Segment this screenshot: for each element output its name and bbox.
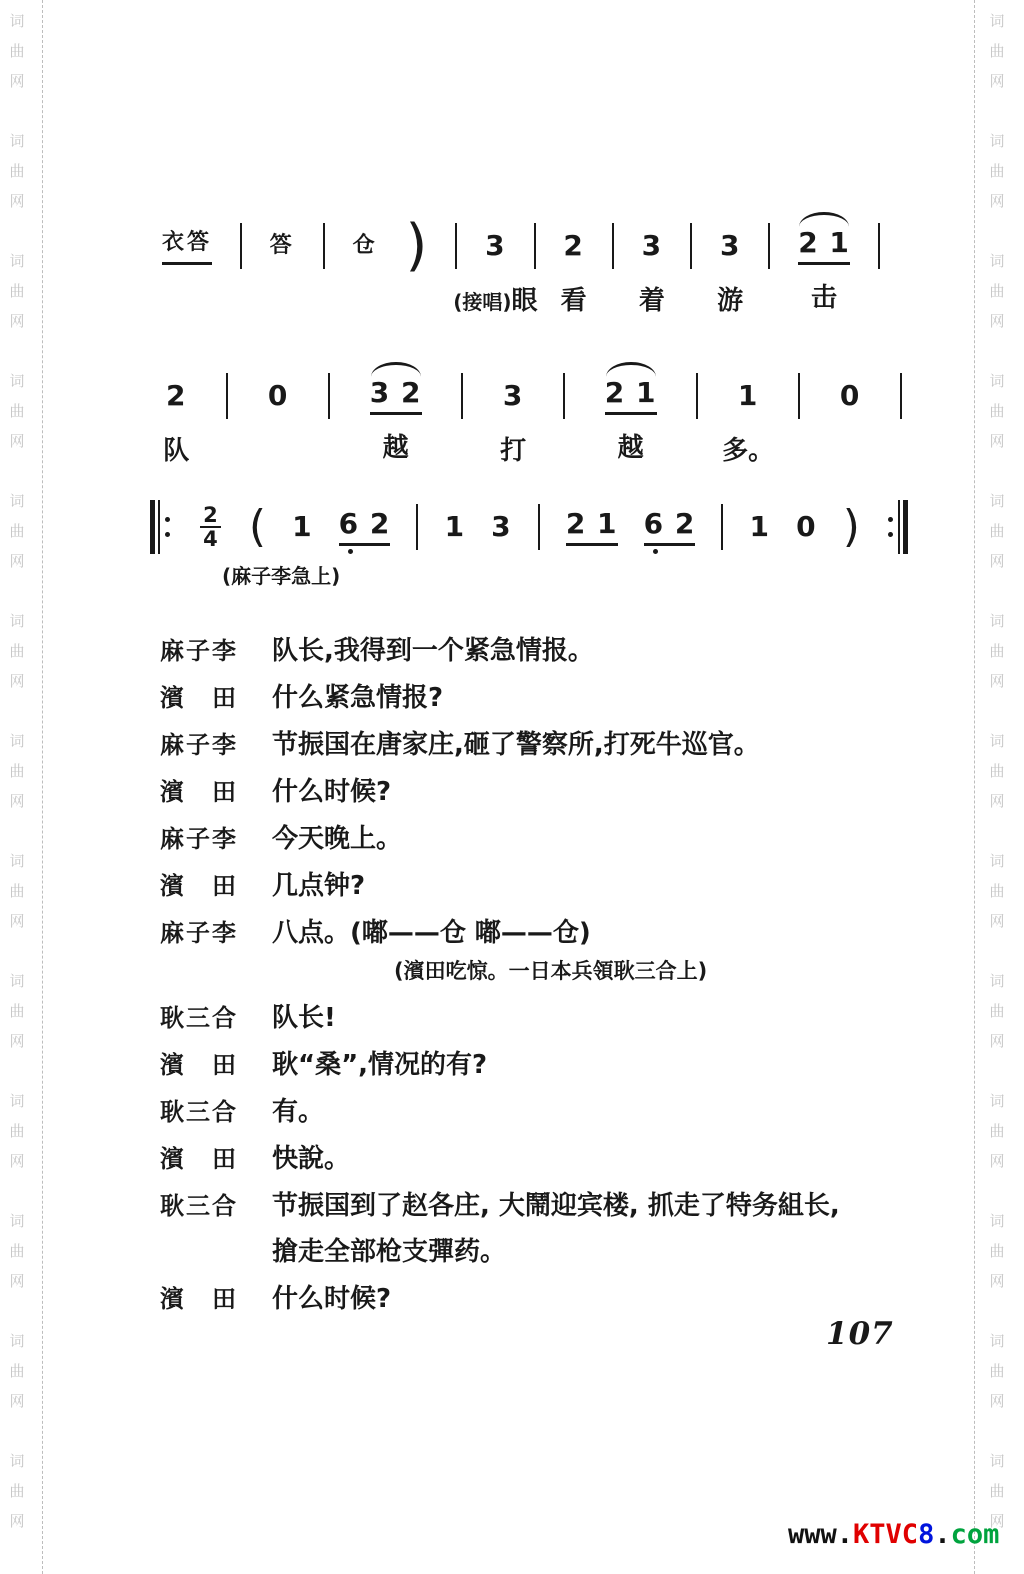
- jianpu-note: 1: [445, 511, 465, 543]
- dialogue-line: 几点钟?: [272, 871, 365, 902]
- dialogue-text: 节振国到了赵各庄, 大鬧迎宾楼, 抓走了特务組长,搶走全部枪支彈药。: [272, 1191, 840, 1268]
- dialogue-row: 耿三合有。: [160, 1097, 920, 1128]
- edge-watermark-char: 曲: [989, 1356, 1004, 1386]
- edge-watermark-group: 词曲网: [9, 726, 24, 816]
- edge-watermark-char: 网: [9, 906, 24, 936]
- edge-watermark-char: 曲: [989, 876, 1004, 906]
- edge-watermark-char: 网: [9, 1266, 24, 1296]
- dialogue-row: 濱 田几点钟?: [160, 871, 920, 902]
- edge-watermark-char: 词: [989, 366, 1004, 396]
- dialogue-text: 什么紧急情报?: [272, 683, 443, 714]
- lyric-cue-prefix: (接唱): [453, 290, 511, 314]
- edge-watermark-char: 词: [9, 606, 24, 636]
- barline: [798, 373, 800, 419]
- dialogue-text: 队长,我得到一个紧急情报。: [272, 636, 594, 667]
- edge-watermark-char: 曲: [989, 156, 1004, 186]
- edge-watermark-char: 曲: [9, 396, 24, 426]
- lyric-syllable: 越: [383, 432, 409, 464]
- jianpu-note: 2 1击: [798, 227, 850, 265]
- edge-watermark-group: 词曲网: [9, 846, 24, 936]
- paren: ): [843, 507, 860, 547]
- edge-watermark-group: 词曲网: [9, 246, 24, 336]
- speaker-name: 麻子李: [160, 730, 256, 761]
- dialogue-row: 耿三合节振国到了赵各庄, 大鬧迎宾楼, 抓走了特务組长,搶走全部枪支彈药。: [160, 1191, 920, 1268]
- dialogue-section: 麻子李队长,我得到一个紧急情报。濱 田什么紧急情报?麻子李节振国在唐家庄,砸了警…: [160, 636, 920, 1315]
- barline: [328, 373, 330, 419]
- edge-watermark-group: 词曲网: [9, 966, 24, 1056]
- dialogue-text: 今天晚上。: [272, 824, 402, 855]
- dialogue-row: 濱 田什么时候?: [160, 777, 920, 808]
- site-watermark-8: 8: [918, 1519, 934, 1550]
- repeat-close-sign: [886, 500, 908, 554]
- speaker-name: 麻子李: [160, 636, 256, 667]
- edge-watermark-char: 词: [989, 846, 1004, 876]
- dialogue-line: 搶走全部枪支彈药。: [272, 1237, 840, 1268]
- edge-watermark-char: 词: [9, 726, 24, 756]
- dialogue-line: 八点。(嘟——仓 嘟——仓): [272, 918, 707, 949]
- edge-watermark-char: 网: [989, 66, 1004, 96]
- site-watermark: www.KTVC8.com: [788, 1519, 988, 1550]
- edge-watermark-char: 网: [989, 426, 1004, 456]
- edge-watermark-char: 曲: [989, 1236, 1004, 1266]
- edge-watermark-char: 网: [989, 546, 1004, 576]
- edge-watermark-group: 词曲网: [989, 726, 1004, 816]
- jianpu-note: 2 1: [566, 508, 618, 546]
- edge-watermark-char: 词: [9, 1446, 24, 1476]
- percussion-syllable: 答: [270, 230, 295, 262]
- edge-watermark-group: 词曲网: [9, 126, 24, 216]
- speaker-name: 濱 田: [160, 777, 256, 808]
- left-dashed-divider: [42, 0, 43, 1574]
- barline: [534, 223, 536, 269]
- jianpu-note: 1: [292, 511, 312, 543]
- dialogue-row: 麻子李今天晚上。: [160, 824, 920, 855]
- large-paren: ): [406, 226, 428, 266]
- edge-watermark-group: 词曲网: [989, 1326, 1004, 1416]
- edge-watermark-char: 曲: [9, 276, 24, 306]
- jianpu-note: 1多。: [738, 380, 758, 412]
- speaker-name: 麻子李: [160, 918, 256, 949]
- jianpu-note: 0: [840, 380, 860, 412]
- edge-watermark-char: 词: [989, 1206, 1004, 1236]
- barline: [563, 373, 565, 419]
- repeat-dot: [165, 517, 170, 522]
- edge-watermark-char: 曲: [989, 1476, 1004, 1506]
- dialogue-row: 麻子李八点。(嘟——仓 嘟——仓)(濱田吃惊。一日本兵領耿三合上): [160, 918, 920, 987]
- edge-watermark-char: 网: [9, 1146, 24, 1176]
- barline: [240, 223, 242, 269]
- edge-watermark-char: 词: [989, 1446, 1004, 1476]
- speaker-name: 麻子李: [160, 824, 256, 855]
- dialogue-text: 快說。: [272, 1144, 350, 1175]
- repeat-dot: [165, 532, 170, 537]
- dialogue-text: 队长!: [272, 1003, 336, 1034]
- edge-watermark-char: 曲: [9, 1356, 24, 1386]
- dialogue-line: 队长,我得到一个紧急情报。: [272, 636, 594, 667]
- dialogue-row: 濱 田什么紧急情报?: [160, 683, 920, 714]
- dialogue-row: 濱 田什么时候?: [160, 1284, 920, 1315]
- dialogue-row: 麻子李节振国在唐家庄,砸了警察所,打死牛巡官。: [160, 730, 920, 761]
- edge-watermark-char: 网: [9, 66, 24, 96]
- edge-watermark-char: 网: [9, 186, 24, 216]
- edge-watermark-group: 词曲网: [989, 1086, 1004, 1176]
- edge-watermark-group: 词曲网: [9, 1326, 24, 1416]
- thin-barline: [158, 500, 160, 554]
- edge-watermark-char: 曲: [9, 996, 24, 1026]
- dialogue-text: 耿“桑”,情况的有?: [272, 1050, 487, 1081]
- jianpu-note: 6 2: [339, 508, 391, 546]
- jianpu-note: 2队: [166, 380, 186, 412]
- edge-watermark-char: 曲: [989, 756, 1004, 786]
- edge-watermark-char: 曲: [989, 1116, 1004, 1146]
- dialogue-line: 节振国到了赵各庄, 大鬧迎宾楼, 抓走了特务組长,: [272, 1191, 840, 1222]
- stage-direction: (濱田吃惊。一日本兵領耿三合上): [394, 956, 707, 987]
- dialogue-line: 什么时候?: [272, 1284, 391, 1315]
- edge-watermark-char: 网: [9, 1386, 24, 1416]
- thick-barline: [903, 500, 908, 554]
- edge-watermark-group: 词曲网: [989, 366, 1004, 456]
- site-watermark-www: www.: [788, 1519, 853, 1550]
- barline: [768, 223, 770, 269]
- dialogue-row: 濱 田耿“桑”,情况的有?: [160, 1050, 920, 1081]
- speaker-name: 濱 田: [160, 683, 256, 714]
- site-watermark-ktvc: KTVC: [853, 1519, 918, 1550]
- edge-watermark-group: 词曲网: [989, 246, 1004, 336]
- edge-watermark-char: 网: [9, 426, 24, 456]
- barline: [226, 373, 228, 419]
- jianpu-note: 0: [268, 380, 288, 412]
- repeat-dot: [888, 517, 893, 522]
- edge-watermark-char: 词: [989, 486, 1004, 516]
- time-signature: 24: [200, 504, 221, 550]
- dialogue-text: 几点钟?: [272, 871, 365, 902]
- edge-watermark-group: 词曲网: [989, 486, 1004, 576]
- page-number: 107: [826, 1316, 894, 1352]
- dialogue-text: 八点。(嘟——仓 嘟——仓)(濱田吃惊。一日本兵領耿三合上): [272, 918, 707, 987]
- edge-watermark-char: 词: [9, 126, 24, 156]
- stage-direction-entrance: (麻子李急上): [222, 560, 340, 589]
- dialogue-line: 什么时候?: [272, 777, 391, 808]
- edge-watermark-group: 词曲网: [9, 1446, 24, 1536]
- jianpu-note: 3打: [503, 380, 523, 412]
- edge-watermark-char: 曲: [9, 876, 24, 906]
- edge-watermark-char: 网: [989, 786, 1004, 816]
- jianpu-note: 0: [796, 511, 816, 543]
- dialogue-line: 耿“桑”,情况的有?: [272, 1050, 487, 1081]
- site-watermark-dot: .: [934, 1519, 950, 1550]
- edge-watermark-char: 网: [989, 906, 1004, 936]
- edge-watermark-char: 词: [989, 1086, 1004, 1116]
- jianpu-note: 3 2越: [370, 377, 422, 415]
- dialogue-text: 有。: [272, 1097, 324, 1128]
- edge-watermark-char: 词: [9, 366, 24, 396]
- barline: [461, 373, 463, 419]
- edge-watermark-char: 曲: [9, 36, 24, 66]
- speaker-name: 耿三合: [160, 1003, 256, 1034]
- speaker-name: 濱 田: [160, 871, 256, 902]
- thin-barline: [898, 500, 900, 554]
- edge-watermark-char: 网: [989, 1266, 1004, 1296]
- edge-watermark-group: 词曲网: [989, 126, 1004, 216]
- speaker-name: 耿三合: [160, 1191, 256, 1222]
- speaker-name: 耿三合: [160, 1097, 256, 1128]
- lyric-syllable: 越: [618, 432, 644, 464]
- paren: (: [249, 507, 266, 547]
- edge-watermark-group: 词曲网: [9, 6, 24, 96]
- dialogue-row: 耿三合队长!: [160, 1003, 920, 1034]
- barline: [690, 223, 692, 269]
- barline: [612, 223, 614, 269]
- score-line-3: 24(16 2132 16 210): [150, 500, 908, 554]
- side-watermark-left: 词曲网词曲网词曲网词曲网词曲网词曲网词曲网词曲网词曲网词曲网词曲网词曲网词曲网: [4, 6, 30, 1574]
- edge-watermark-group: 词曲网: [9, 1086, 24, 1176]
- edge-watermark-char: 曲: [989, 636, 1004, 666]
- edge-watermark-group: 词曲网: [989, 606, 1004, 696]
- jianpu-note: 2 1越: [605, 377, 657, 415]
- dialogue-line: 队长!: [272, 1003, 336, 1034]
- edge-watermark-char: 网: [9, 1026, 24, 1056]
- barline: [696, 373, 698, 419]
- score-line-2: 2队03 2越3打2 1越1多。0: [166, 372, 902, 420]
- edge-watermark-group: 词曲网: [9, 1206, 24, 1296]
- lyric-syllable: 游: [717, 285, 743, 317]
- repeat-dots: [888, 517, 893, 537]
- barline: [416, 504, 418, 550]
- edge-watermark-group: 词曲网: [989, 6, 1004, 96]
- repeat-dots: [165, 517, 170, 537]
- edge-watermark-char: 曲: [9, 156, 24, 186]
- edge-watermark-char: 网: [9, 786, 24, 816]
- site-watermark-com: com: [951, 1519, 1000, 1550]
- edge-watermark-char: 曲: [9, 1116, 24, 1146]
- edge-watermark-char: 网: [989, 1386, 1004, 1416]
- dialogue-line: 今天晚上。: [272, 824, 402, 855]
- edge-watermark-group: 词曲网: [9, 366, 24, 456]
- edge-watermark-char: 曲: [989, 276, 1004, 306]
- dialogue-line: 快說。: [272, 1144, 350, 1175]
- edge-watermark-char: 词: [989, 6, 1004, 36]
- edge-watermark-char: 网: [9, 1506, 24, 1536]
- speaker-name: 濱 田: [160, 1050, 256, 1081]
- right-dashed-divider: [974, 0, 975, 1574]
- edge-watermark-char: 曲: [989, 996, 1004, 1026]
- lyric-syllable: 看: [561, 285, 587, 317]
- edge-watermark-char: 词: [989, 1326, 1004, 1356]
- thick-barline: [150, 500, 155, 554]
- edge-watermark-char: 网: [989, 1026, 1004, 1056]
- lyric-syllable: 击: [811, 282, 837, 314]
- edge-watermark-group: 词曲网: [989, 966, 1004, 1056]
- jianpu-note: 3: [491, 511, 511, 543]
- barline: [323, 223, 325, 269]
- barline: [721, 504, 723, 550]
- dialogue-line: 节振国在唐家庄,砸了警察所,打死牛巡官。: [272, 730, 760, 761]
- lyric-syllable: 队: [163, 435, 189, 467]
- edge-watermark-char: 曲: [989, 516, 1004, 546]
- edge-watermark-char: 词: [989, 246, 1004, 276]
- percussion-syllable: 仓: [353, 230, 378, 262]
- edge-watermark-char: 词: [989, 966, 1004, 996]
- dialogue-line: 什么紧急情报?: [272, 683, 443, 714]
- jianpu-note: 2看: [563, 230, 583, 262]
- dialogue-line: 有。: [272, 1097, 324, 1128]
- speaker-name: 濱 田: [160, 1144, 256, 1175]
- edge-watermark-group: 词曲网: [9, 486, 24, 576]
- score-line-1: 衣答答仓)3(接唱)眼2看3着3游2 1击: [162, 222, 880, 270]
- lyric-syllable: 着: [639, 285, 665, 317]
- percussion-syllable: 衣答: [162, 227, 212, 265]
- edge-watermark-char: 曲: [989, 36, 1004, 66]
- edge-watermark-char: 词: [9, 486, 24, 516]
- edge-watermark-char: 网: [9, 666, 24, 696]
- jianpu-note: 1: [750, 511, 770, 543]
- dialogue-row: 麻子李队长,我得到一个紧急情报。: [160, 636, 920, 667]
- barline: [900, 373, 902, 419]
- edge-watermark-char: 曲: [989, 396, 1004, 426]
- edge-watermark-char: 词: [9, 846, 24, 876]
- lyric-syllable: 多。: [722, 435, 774, 467]
- edge-watermark-group: 词曲网: [989, 1206, 1004, 1296]
- speaker-name: 濱 田: [160, 1284, 256, 1315]
- barline: [538, 504, 540, 550]
- dialogue-row: 濱 田快說。: [160, 1144, 920, 1175]
- repeat-dot: [888, 532, 893, 537]
- edge-watermark-group: 词曲网: [989, 846, 1004, 936]
- edge-watermark-char: 词: [989, 726, 1004, 756]
- lyric-syllable: 打: [500, 435, 526, 467]
- edge-watermark-char: 曲: [9, 1236, 24, 1266]
- dialogue-text: 什么时候?: [272, 777, 391, 808]
- edge-watermark-group: 词曲网: [9, 606, 24, 696]
- edge-watermark-char: 词: [9, 1206, 24, 1236]
- edge-watermark-char: 曲: [9, 516, 24, 546]
- edge-watermark-char: 网: [989, 666, 1004, 696]
- edge-watermark-char: 网: [9, 546, 24, 576]
- barline: [455, 223, 457, 269]
- side-watermark-right: 词曲网词曲网词曲网词曲网词曲网词曲网词曲网词曲网词曲网词曲网词曲网词曲网词曲网: [984, 6, 1010, 1574]
- lyric-syllable: (接唱)眼: [453, 285, 537, 318]
- edge-watermark-char: 词: [9, 966, 24, 996]
- edge-watermark-char: 网: [989, 306, 1004, 336]
- barline: [878, 223, 880, 269]
- dialogue-text: 什么时候?: [272, 1284, 391, 1315]
- jianpu-note: 3(接唱)眼: [485, 230, 505, 262]
- meter-numerator: 2: [200, 504, 221, 526]
- jianpu-note: 3着: [642, 230, 662, 262]
- edge-watermark-char: 网: [9, 306, 24, 336]
- edge-watermark-char: 词: [9, 6, 24, 36]
- edge-watermark-char: 网: [989, 186, 1004, 216]
- edge-watermark-char: 词: [9, 1086, 24, 1116]
- meter-denominator: 4: [200, 526, 221, 550]
- edge-watermark-char: 词: [989, 126, 1004, 156]
- edge-watermark-char: 词: [9, 1326, 24, 1356]
- edge-watermark-char: 曲: [9, 756, 24, 786]
- jianpu-note: 6 2: [644, 508, 696, 546]
- edge-watermark-char: 网: [989, 1146, 1004, 1176]
- edge-watermark-char: 曲: [9, 1476, 24, 1506]
- edge-watermark-char: 词: [9, 246, 24, 276]
- jianpu-note: 3游: [720, 230, 740, 262]
- edge-watermark-char: 词: [989, 606, 1004, 636]
- dialogue-text: 节振国在唐家庄,砸了警察所,打死牛巡官。: [272, 730, 760, 761]
- repeat-open-sign: [150, 500, 172, 554]
- edge-watermark-char: 曲: [9, 636, 24, 666]
